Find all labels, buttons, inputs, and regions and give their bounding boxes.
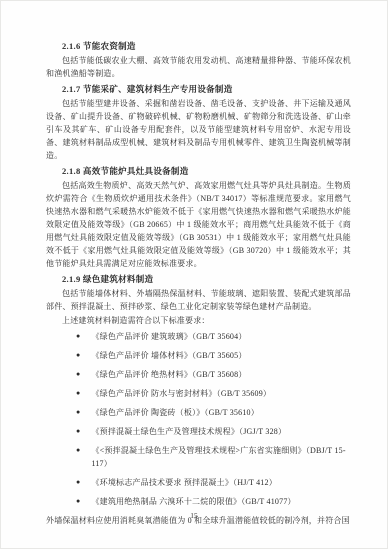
standard-item-text: 《环境标志产品技术要求 预拌混凝土》（HJ/T 412）: [91, 476, 276, 489]
bullet-icon: ●: [76, 368, 80, 381]
standard-item: ● 《绿色产品评价 绝热材料》（GB/T 35608）: [76, 368, 351, 381]
standards-intro: 上述建筑材料制造需符合以下标准要求：: [46, 314, 351, 327]
bullet-icon: ●: [76, 476, 80, 489]
section-heading-2-1-9: 2.1.9 绿色建筑材料制造: [46, 273, 351, 286]
standard-item: ● 《绿色产品评价 陶瓷砖（板）》（GB/T 35610）: [76, 406, 351, 419]
standard-item-text: 《绿色产品评价 防水与密封材料》（GB/T 35609）: [91, 387, 271, 400]
bullet-icon: ●: [76, 425, 80, 438]
standard-item-text: 《建筑用绝热制品 六溴环十二烷的限值》（GB/T 41077）: [91, 495, 295, 508]
bullet-icon: ●: [76, 444, 80, 457]
standard-item-text: 《绿色产品评价 绝热材料》（GB/T 35608）: [91, 368, 246, 381]
section-heading-2-1-7: 2.1.7 节能采矿、建筑材料生产专用设备制造: [46, 83, 351, 96]
standard-item: ● 《环境标志产品技术要求 预拌混凝土》（HJ/T 412）: [76, 476, 351, 489]
bullet-icon: ●: [76, 387, 80, 400]
standard-item-text: 《预拌混凝土绿色生产及管理技术规程》（JGJ/T 328）: [91, 425, 286, 438]
bullet-icon: ●: [76, 330, 80, 343]
document-page: 2.1.6 节能农资制造 包括节能低碳农业大棚、高效节能农用发动机、高速精量排种…: [0, 0, 388, 549]
section-heading-2-1-6: 2.1.6 节能农资制造: [46, 40, 351, 53]
standard-item: ● 《预拌混凝土绿色生产及管理技术规程》（JGJ/T 328）: [76, 425, 351, 438]
bullet-icon: ●: [76, 495, 80, 508]
standard-item: ● 《<预拌混凝土绿色生产及管理技术规程>广东省实施细则》（DBJ/T 15-1…: [76, 444, 351, 470]
section-paragraph-2-1-7: 包括节能型建井设备、采掘和凿岩设备、凿毛设备、支护设备、井下运输及通风设备、矿山…: [46, 97, 351, 162]
standard-item: ● 《绿色产品评价 防水与密封材料》（GB/T 35609）: [76, 387, 351, 400]
standard-item: ● 《建筑用绝热制品 六溴环十二烷的限值》（GB/T 41077）: [76, 495, 351, 508]
bullet-icon: ●: [76, 349, 80, 362]
standard-item-text: 《<预拌混凝土绿色生产及管理技术规程>广东省实施细则》（DBJ/T 15-117…: [91, 444, 351, 470]
bullet-icon: ●: [76, 406, 80, 419]
section-heading-2-1-8: 2.1.8 高效节能炉具灶具设备制造: [46, 165, 351, 178]
standard-item-text: 《绿色产品评价 墙体材料》（GB/T 35605）: [91, 349, 246, 362]
page-number: 15: [1, 511, 387, 520]
standard-item-text: 《绿色产品评价 陶瓷砖（板）》（GB/T 35610）: [91, 406, 258, 419]
section-paragraph-2-1-9: 包括节能墙体材料、外墙隔热保温材料、节能玻璃、遮阳装置、装配式建筑部品部件、预拌…: [46, 287, 351, 313]
section-paragraph-2-1-6: 包括节能低碳农业大棚、高效节能农用发动机、高速精量排种器、节能环保农机和渔机渔船…: [46, 54, 351, 80]
standard-item: ● 《绿色产品评价 墙体材料》（GB/T 35605）: [76, 349, 351, 362]
standard-item-text: 《绿色产品评价 建筑玻璃》（GB/T 35604）: [91, 330, 246, 343]
document-content: 2.1.6 节能农资制造 包括节能低碳农业大棚、高效节能农用发动机、高速精量排种…: [46, 37, 351, 528]
standard-item: ● 《绿色产品评价 建筑玻璃》（GB/T 35604）: [76, 330, 351, 343]
section-paragraph-2-1-8: 包括高效生物质炉、高效天然气炉、高效家用燃气灶具等炉具灶具制造。生物质炊炉需符合…: [46, 179, 351, 270]
standards-list: ● 《绿色产品评价 建筑玻璃》（GB/T 35604） ● 《绿色产品评价 墙体…: [46, 330, 351, 508]
